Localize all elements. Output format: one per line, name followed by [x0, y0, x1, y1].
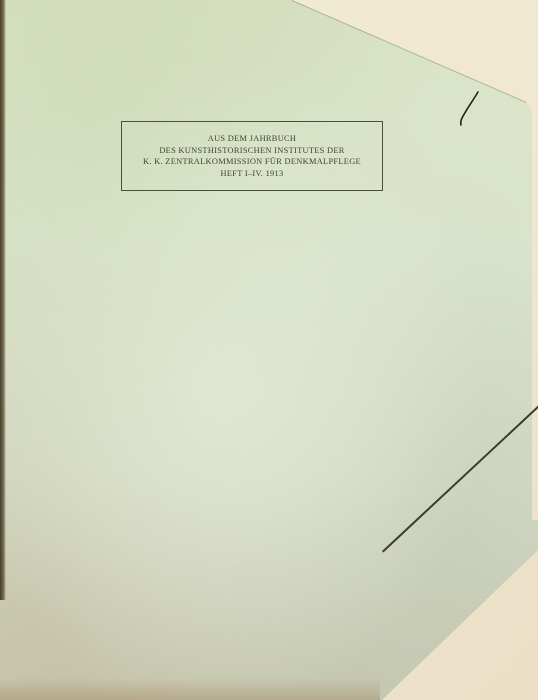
title-line-3: K. K. ZENTRALKOMMISSION FÜR DENKMALPFLEG…	[143, 156, 361, 168]
pencil-mark-icon	[458, 90, 480, 126]
spine-edge	[0, 0, 6, 600]
title-box: AUS DEM JAHRBUCH DES KUNSTHISTORISCHEN I…	[121, 121, 383, 191]
title-line-1: AUS DEM JAHRBUCH	[208, 133, 297, 145]
title-line-2: DES KUNSTHISTORISCHEN INSTITUTES DER	[159, 145, 344, 157]
title-line-4: HEFT I–IV. 1913	[220, 168, 283, 180]
foxing-stain	[0, 678, 380, 700]
